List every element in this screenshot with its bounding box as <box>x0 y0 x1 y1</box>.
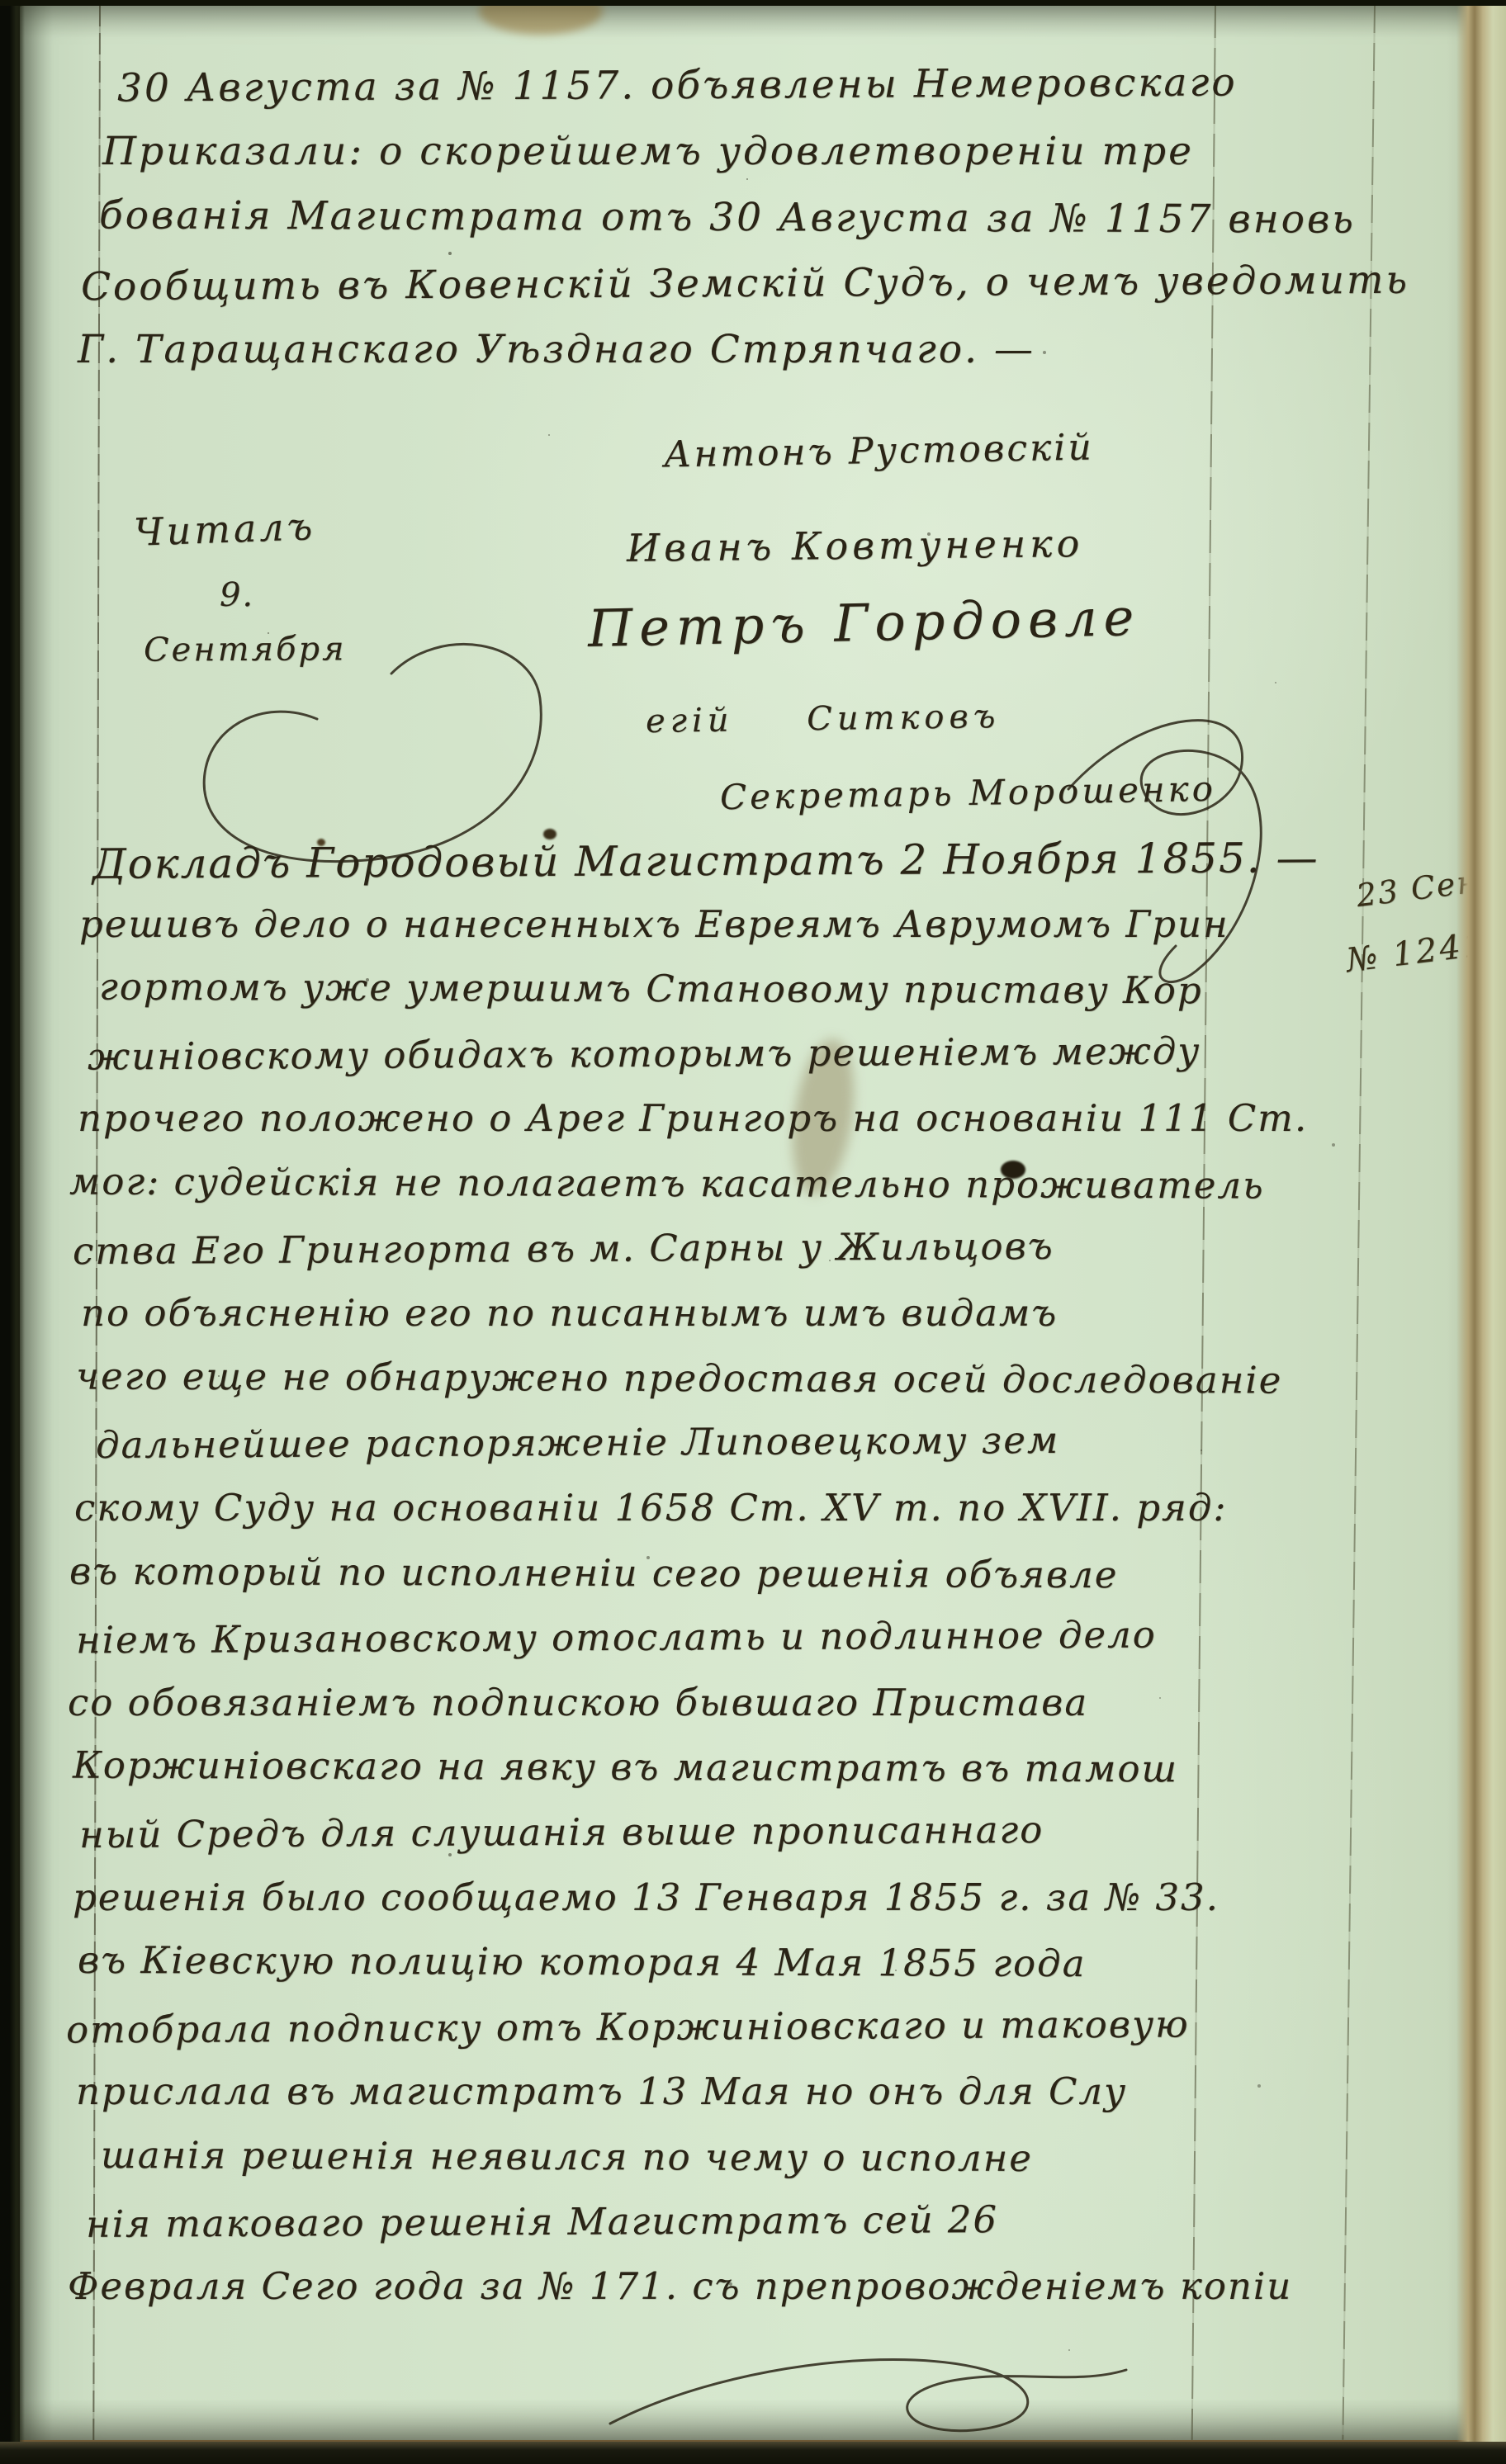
handwritten-line: решивъ дело о нанесенныхъ Евреямъ Аврумо… <box>79 902 1229 946</box>
handwritten-line: 30 Августа за № 1157. объявлены Немеровс… <box>117 59 1238 111</box>
handwritten-line: шанія решенія неявился по чему о исполне <box>101 2133 1033 2180</box>
handwritten-line: Г. Таращанскаго Уѣзднаго Стряпчаго. — <box>78 327 1035 372</box>
signature-rustovsky: Антонъ Рустовскій <box>664 426 1095 475</box>
archival-scan: 30 Августа за № 1157. объявлены Немеровс… <box>0 0 1506 2464</box>
bottom-paraph-flourish <box>598 2341 1143 2457</box>
handwritten-line: ства Его Грингорта въ м. Сарны у Жильцов… <box>73 1223 1054 1272</box>
signature-kovtunenko: Иванъ Ковтуненко <box>627 521 1084 570</box>
handwritten-line: Февраля Сего года за № 171. съ препровож… <box>68 2264 1292 2308</box>
scan-edge-top <box>0 0 1506 6</box>
handwritten-line: скому Суду на основаніи 1658 Ст. XV т. п… <box>74 1486 1228 1530</box>
handwritten-line: въ который по исполненіи сего решенія об… <box>69 1549 1119 1596</box>
reader-note-line: Читалъ <box>133 504 316 555</box>
handwritten-line: по объясненію его по писаннымъ имъ видам… <box>81 1291 1058 1335</box>
page-right-edge <box>1456 0 1506 2464</box>
signature-sitkov: егій Ситковъ <box>646 698 1001 740</box>
fold-crease-line-2 <box>1342 5 1376 2440</box>
handwritten-line: прочего положено о Арег Грингоръ на осно… <box>78 1096 1308 1140</box>
handwritten-line: нія таковаго решенія Магистратъ сей 26 <box>86 2197 998 2246</box>
handwritten-line: решенія было сообщаемо 13 Генваря 1855 г… <box>73 1875 1219 1919</box>
scan-edge-bottom <box>0 2442 1506 2464</box>
handwritten-line: мог: судейскія не полагаетъ касательно п… <box>69 1159 1265 1207</box>
signature-gordovle: Петръ Гордовле <box>587 587 1141 659</box>
handwritten-line: прислала въ магистратъ 13 Мая но онъ для… <box>76 2069 1127 2113</box>
handwritten-line: жиніовскому обидахъ которымъ решеніемъ м… <box>88 1029 1201 1078</box>
handwritten-line: чего еще не обнаружено предоставя осей д… <box>76 1354 1283 1402</box>
handwritten-line: дальнейшее распоряженіе Липовецкому зем <box>96 1418 1059 1467</box>
handwritten-line: Приказали: о скорейшемъ удовлетвореніи т… <box>102 129 1194 174</box>
handwritten-line: ный Средъ для слушанія выше прописаннаго <box>79 1808 1044 1856</box>
handwritten-line: Сообщить въ Ковенскій Земскій Судъ, о че… <box>81 258 1409 310</box>
handwritten-line: гортомъ уже умершимъ Становому приставу … <box>99 965 1203 1013</box>
handwritten-line: Докладъ Городовый Магистратъ 2 Ноября 18… <box>92 834 1319 888</box>
handwritten-line: Коржиніовскаго на явку въ магистратъ въ … <box>73 1743 1178 1791</box>
handwritten-line: отобрала подписку отъ Коржиніовскаго и т… <box>66 2002 1190 2051</box>
handwritten-line: бованія Магистрата отъ 30 Августа за № 1… <box>99 192 1356 242</box>
handwritten-line: со обовязаніемъ подпискою бывшаго Приста… <box>68 1681 1088 1724</box>
handwritten-line: въ Кіевскую полицію которая 4 Мая 1855 г… <box>78 1938 1087 1985</box>
manuscript-page: 30 Августа за № 1157. объявлены Немеровс… <box>20 5 1496 2445</box>
fold-crease-line-1 <box>1191 5 1216 2440</box>
handwritten-line: ніемъ Кризановскому отослать и подлинное… <box>76 1613 1157 1662</box>
scan-gutter-left <box>0 0 25 2464</box>
